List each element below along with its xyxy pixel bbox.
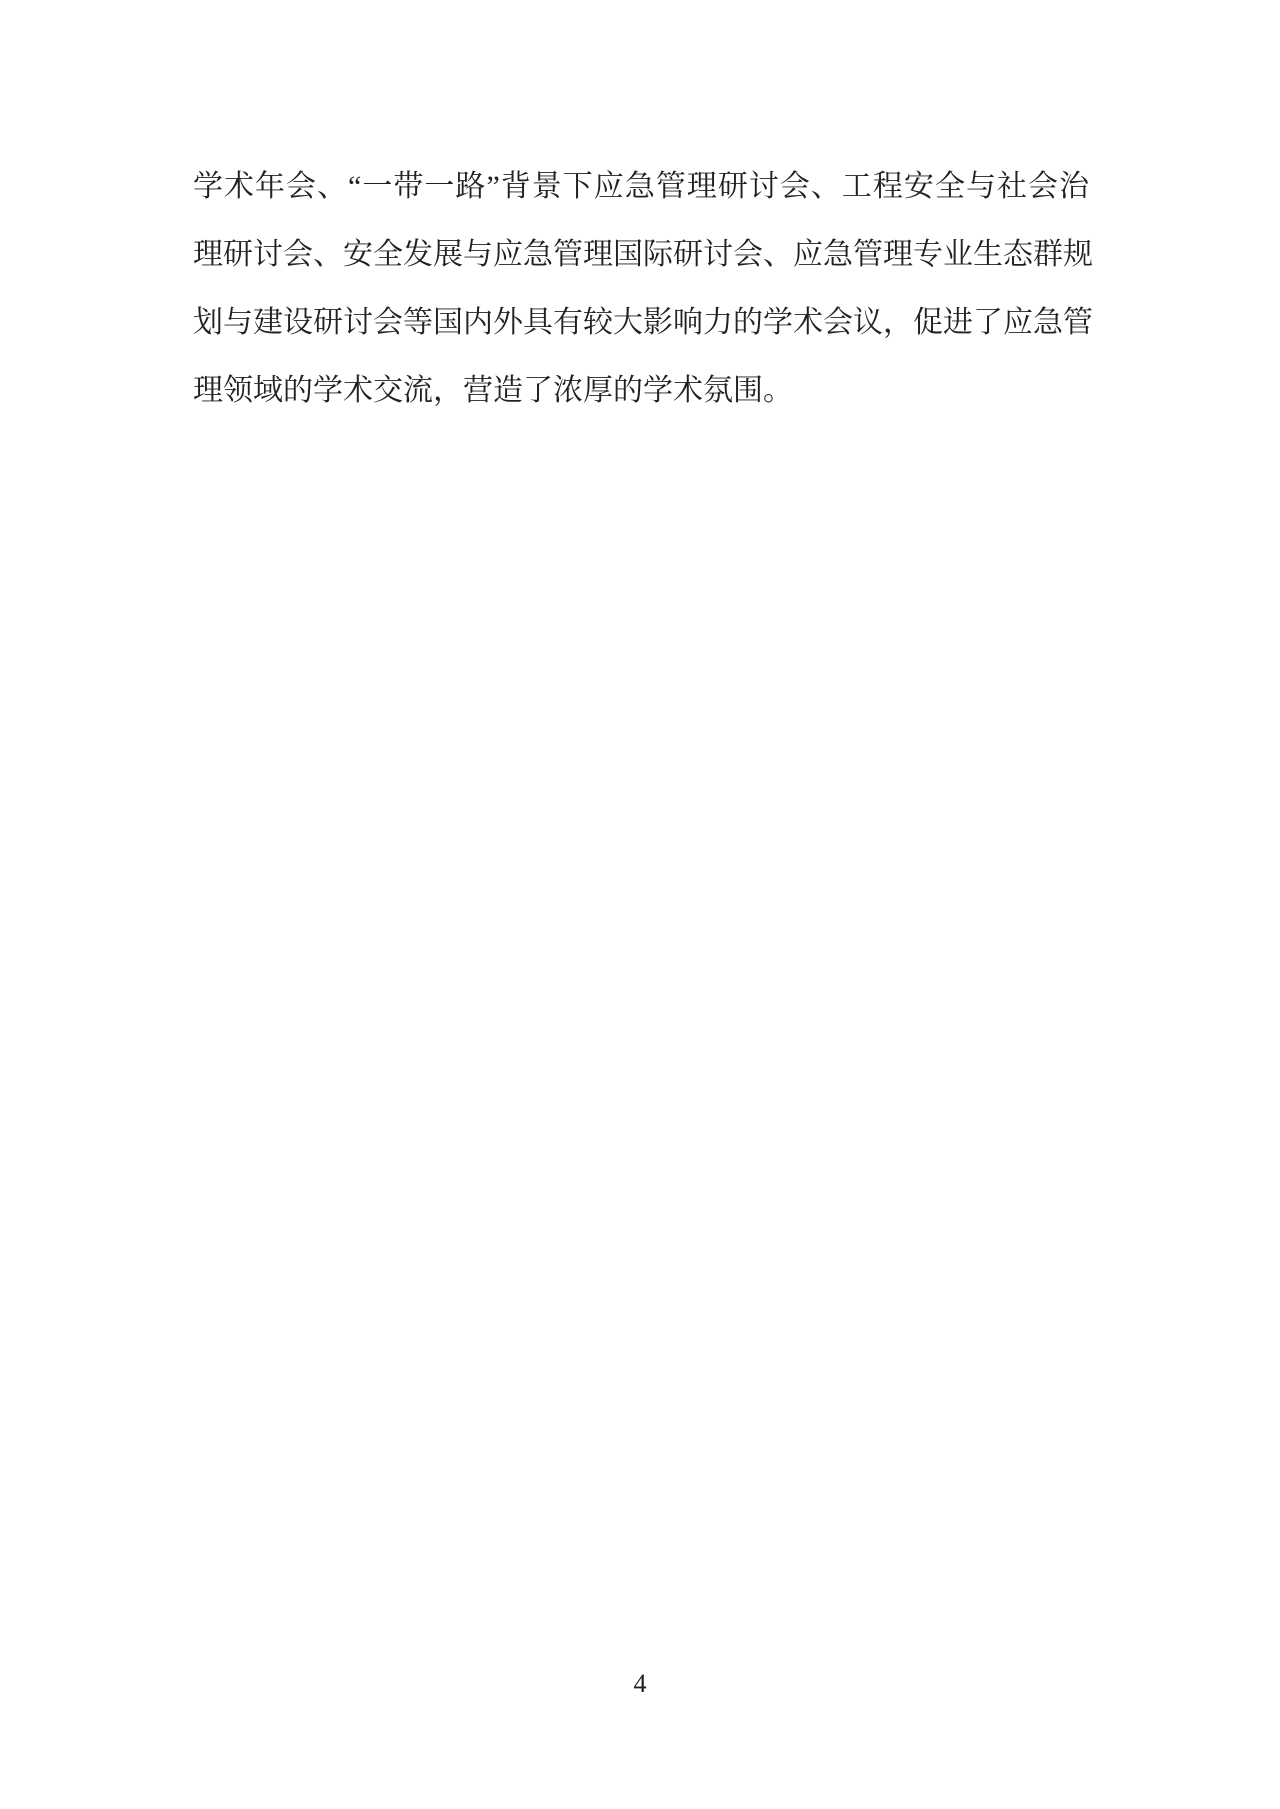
- page-number: 4: [0, 1668, 1280, 1700]
- paragraph-line: 学术年会、“一带一路”背景下应急管理研讨会、工程安全与社会治: [193, 153, 1089, 221]
- paragraph-line: 理研讨会、安全发展与应急管理国际研讨会、应急管理专业生态群规: [193, 221, 1089, 289]
- document-page: 学术年会、“一带一路”背景下应急管理研讨会、工程安全与社会治 理研讨会、安全发展…: [0, 0, 1280, 1809]
- paragraph-line: 划与建设研讨会等国内外具有较大影响力的学术会议，促进了应急管: [193, 289, 1089, 357]
- body-paragraph: 学术年会、“一带一路”背景下应急管理研讨会、工程安全与社会治 理研讨会、安全发展…: [193, 153, 1089, 425]
- paragraph-line: 理领域的学术交流，营造了浓厚的学术氛围。: [193, 357, 1089, 425]
